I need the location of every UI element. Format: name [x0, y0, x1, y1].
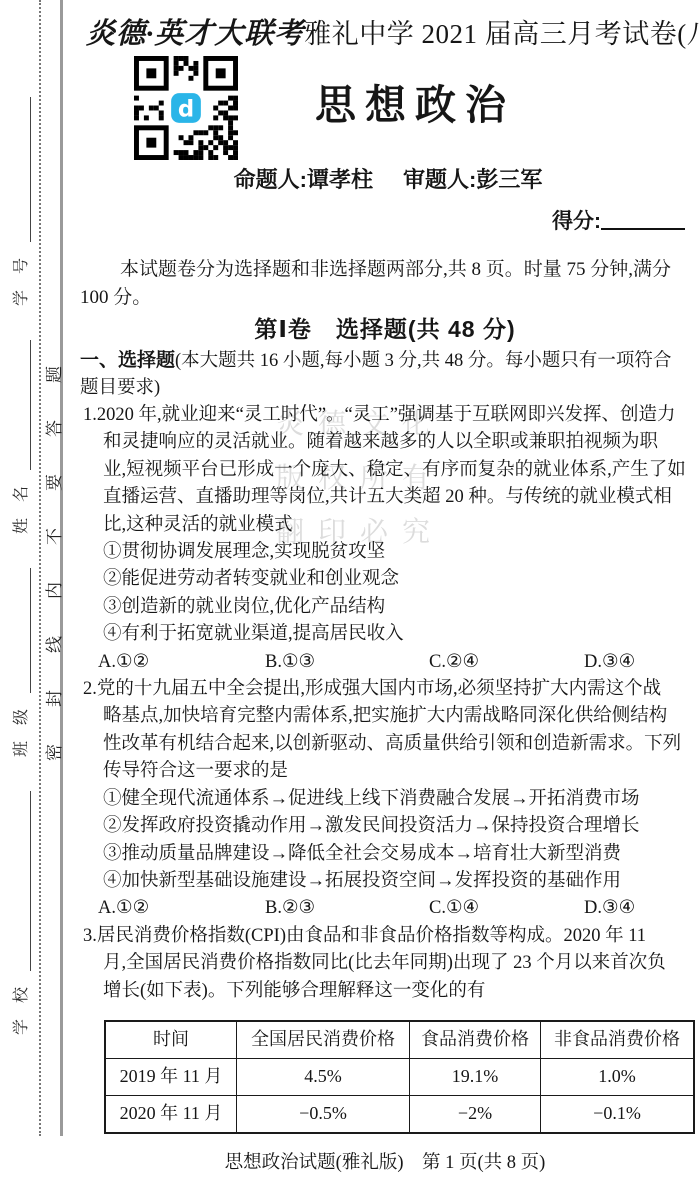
- option-c: C.①④: [429, 895, 584, 922]
- subject-title: 思想政治: [250, 72, 580, 131]
- question-1-options: A.①② B.①③ C.②④ D.③④: [80, 649, 698, 676]
- table-header-cell: 全国居民消费价格: [237, 1021, 410, 1059]
- section-subtitle-line: 题目要求): [80, 375, 698, 402]
- option-a: A.①②: [98, 895, 265, 922]
- table-header-row: 时间 全国居民消费价格 食品消费价格 非食品消费价格: [105, 1021, 694, 1059]
- question-2-options: A.①② B.②③ C.①④ D.③④: [80, 895, 698, 922]
- name-field: 姓名: [8, 340, 31, 534]
- text-line: 略基点,加快培育完整内需体系,把实施扩大内需战略同深化供给侧结构: [80, 703, 698, 730]
- option-d: D.③④: [584, 649, 698, 676]
- text-line: 3.居民消费价格指数(CPI)由食品和非食品价格指数等构成。2020 年 11: [80, 923, 698, 950]
- page-footer: 思想政治试题(雅礼版) 第 1 页(共 8 页): [85, 1148, 685, 1174]
- brand-name: 炎德·英才大联考: [86, 18, 304, 50]
- question-3-lines: 3.居民消费价格指数(CPI)由食品和非食品价格指数等构成。2020 年 11月…: [80, 923, 698, 1005]
- text-line: ④有利于拓宽就业渠道,提高居民收入: [80, 621, 698, 648]
- section-subtitle: 一、选择题(本大题共 16 小题,每小题 3 分,共 48 分。每小题只有一项符…: [80, 347, 698, 402]
- reviewer: 审题人:彭三军: [403, 167, 542, 192]
- table-cell: −0.1%: [541, 1095, 695, 1133]
- table-cell: 4.5%: [237, 1058, 410, 1095]
- name-blank: [15, 340, 31, 470]
- table-header-cell: 食品消费价格: [410, 1021, 541, 1059]
- score-block: 得分:: [552, 205, 685, 235]
- option-d: D.③④: [584, 895, 698, 922]
- name-label: 姓名: [8, 470, 31, 534]
- text-line: ②能促进劳动者转变就业和创业观念: [80, 566, 698, 593]
- table-cell: 2020 年 11 月: [105, 1095, 237, 1133]
- text-line: 直播运营、直播助理等岗位,共计五大类超 20 种。与传统的就业模式相: [80, 484, 698, 511]
- exam-header: 炎德·英才大联考雅礼中学 2021 届高三月考试卷(八): [86, 11, 692, 52]
- question-3: 3.居民消费价格指数(CPI)由食品和非食品价格指数等构成。2020 年 11月…: [80, 923, 698, 1134]
- intro-line: 100 分。: [80, 284, 692, 312]
- setters-line: 命题人:谭孝柱审题人:彭三军: [85, 163, 691, 194]
- seal-text: 密封线内不要答题: [40, 331, 64, 761]
- table-cell: 1.0%: [541, 1058, 695, 1095]
- student-number-label: 学号: [8, 242, 31, 306]
- text-line: ④加快新型基础设施建设→拓展投资空间→发挥投资的基础作用: [80, 868, 698, 895]
- text-line: 增长(如下表)。下列能够合理解释这一变化的有: [80, 978, 698, 1005]
- student-number-field: 学号: [8, 97, 31, 306]
- school-label: 学校: [8, 971, 31, 1035]
- exam-page: 炎德文化 版权所有 翻印必究 学校 班级 姓名 学号 密封线内不要答题 炎德·英…: [0, 0, 700, 1190]
- svg-text:d: d: [178, 96, 194, 122]
- option-b: B.①③: [265, 649, 429, 676]
- table-header-cell: 时间: [105, 1021, 237, 1059]
- school-field: 学校: [8, 791, 31, 1035]
- setter: 命题人:谭孝柱: [234, 167, 373, 192]
- text-line: 业,短视频平台已形成一个庞大、稳定、有序而复杂的就业体系,产生了如: [80, 457, 698, 484]
- class-blank: [15, 568, 31, 693]
- section-subtitle-line: 一、选择题(本大题共 16 小题,每小题 3 分,共 48 分。每小题只有一项符…: [80, 347, 698, 375]
- text-line: 1.2020 年,就业迎来“灵工时代”。“灵工”强调基于互联网即兴发挥、创造力: [80, 402, 698, 429]
- class-label: 班级: [8, 693, 31, 757]
- school-blank: [15, 791, 31, 971]
- option-a: A.①②: [98, 649, 265, 676]
- questions-list: 1.2020 年,就业迎来“灵工时代”。“灵工”强调基于互联网即兴发挥、创造力和…: [80, 402, 698, 1134]
- table-cell: −2%: [410, 1095, 541, 1133]
- text-line: 性改革有机结合起来,以创新驱动、高质量供给引领和创造新需求。下列: [80, 731, 698, 758]
- question-2-lines: 2.党的十九届五中全会提出,形成强大国内市场,必须坚持扩大内需这个战略基点,加快…: [80, 676, 698, 895]
- table-cell: 2019 年 11 月: [105, 1058, 237, 1095]
- intro-paragraph: 本试题卷分为选择题和非选择题两部分,共 8 页。时量 75 分钟,满分 100 …: [80, 256, 692, 312]
- student-number-blank: [15, 97, 31, 242]
- table-row: 2019 年 11 月 4.5% 19.1% 1.0%: [105, 1058, 694, 1095]
- text-line: ②发挥政府投资撬动作用→激发民间投资活力→保持投资合理增长: [80, 813, 698, 840]
- text-line: ①贯彻协调发展理念,实现脱贫攻坚: [80, 539, 698, 566]
- text-line: 月,全国居民消费价格指数同比(比去年同期)出现了 23 个月以来首次负: [80, 950, 698, 977]
- table-row: 2020 年 11 月 −0.5% −2% −0.1%: [105, 1095, 694, 1133]
- question-2: 2.党的十九届五中全会提出,形成强大国内市场,必须坚持扩大内需这个战略基点,加快…: [80, 676, 698, 923]
- question-1-lines: 1.2020 年,就业迎来“灵工时代”。“灵工”强调基于互联网即兴发挥、创造力和…: [80, 402, 698, 649]
- exam-title-rest: 雅礼中学 2021 届高三月考试卷(八): [304, 19, 700, 49]
- text-line: 2.党的十九届五中全会提出,形成强大国内市场,必须坚持扩大内需这个战: [80, 676, 698, 703]
- text-line: ③推动质量品牌建设→降低全社会交易成本→培育壮大新型消费: [80, 841, 698, 868]
- table-cell: −0.5%: [237, 1095, 410, 1133]
- class-field: 班级: [8, 568, 31, 757]
- text-line: ①健全现代流通体系→促进线上线下消费融合发展→开拓消费市场: [80, 786, 698, 813]
- option-c: C.②④: [429, 649, 584, 676]
- text-line: 和灵捷响应的灵活就业。随着越来越多的人以全职或兼职拍视频为职: [80, 429, 698, 456]
- section-title: 第Ⅰ卷 选择题(共 48 分): [85, 311, 685, 344]
- text-line: 比,这种灵活的就业模式: [80, 512, 698, 539]
- question-1: 1.2020 年,就业迎来“灵工时代”。“灵工”强调基于互联网即兴发挥、创造力和…: [80, 402, 698, 676]
- text-line: 传导符合这一要求的是: [80, 758, 698, 785]
- cpi-table: 时间 全国居民消费价格 食品消费价格 非食品消费价格 2019 年 11 月 4…: [104, 1020, 695, 1134]
- score-label: 得分:: [552, 210, 601, 233]
- qr-code: d: [134, 56, 238, 160]
- text-line: ③创造新的就业岗位,优化产品结构: [80, 594, 698, 621]
- intro-line: 本试题卷分为选择题和非选择题两部分,共 8 页。时量 75 分钟,满分: [80, 256, 692, 284]
- table-cell: 19.1%: [410, 1058, 541, 1095]
- score-blank: [601, 210, 685, 230]
- option-b: B.②③: [265, 895, 429, 922]
- student-info-strip: 学校 班级 姓名 学号: [6, 85, 32, 1035]
- table-header-cell: 非食品消费价格: [541, 1021, 695, 1059]
